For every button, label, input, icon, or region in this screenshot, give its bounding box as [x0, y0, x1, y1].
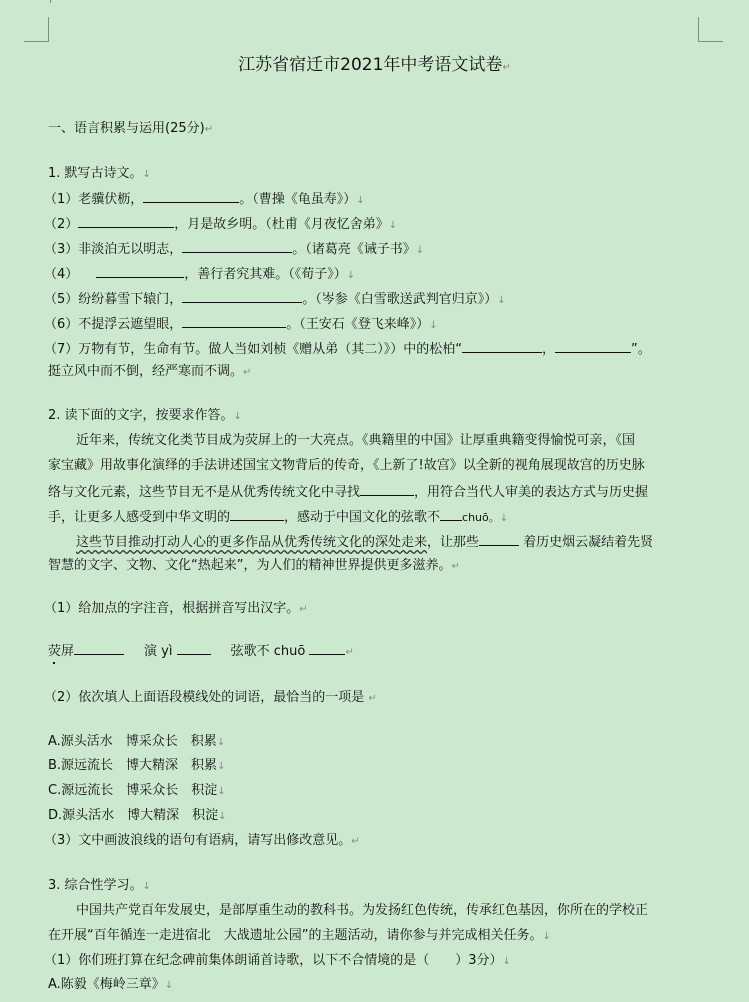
q2-passage-line: 手，让更多人感受到中华文明的，感动于中国文化的弦歌不chuō。↓	[48, 508, 508, 527]
answer-blank[interactable]	[479, 533, 519, 546]
line-break-icon: ↓	[165, 980, 173, 991]
q2-passage-line: 络与文化元素，这些节目无不是从优秀传统文化中寻找，用符合当代人审美的表达方式与历…	[48, 483, 648, 501]
q3-heading: 3. 综合性学习。↓	[48, 878, 151, 895]
q1-item-3: （3）非淡泊无以明志，。（诸葛亮《诫子书》↓	[44, 240, 424, 259]
answer-blank[interactable]	[143, 190, 239, 203]
answer-blank[interactable]	[440, 508, 462, 521]
q2-passage-line: 近年来，传统文化类节目成为荧屏上的一大亮点。《典籍里的中国》让厚重典籍变得愉悦可…	[48, 433, 635, 449]
answer-blank[interactable]	[78, 215, 174, 228]
paragraph-mark-icon: ↵	[345, 647, 353, 658]
option-b[interactable]: B.源远流长 博大精深 积累↓	[48, 758, 225, 775]
paragraph-mark-icon: ↵	[299, 604, 307, 615]
answer-blank[interactable]	[74, 642, 124, 655]
q2-sub2: （2）依次填人上面语段模线处的词语，最恰当的一项是 ↵	[44, 690, 377, 707]
line-break-icon: ↓	[347, 270, 355, 281]
section-heading: 一、语言积累与运用(25分)↵	[48, 121, 213, 138]
q2-passage-line: 家宝藏》用故事化演绎的手法讲述国宝文物背后的传奇，《上新了!故宫》以全新的视角展…	[48, 458, 645, 474]
answer-blank[interactable]	[182, 240, 292, 253]
paragraph-mark-icon: ↵	[205, 124, 213, 135]
line-break-icon: ↓	[217, 761, 225, 772]
q3-sub1: （1）你们班打算在纪念碑前集体朗诵首诗歌，以下不合情境的是（ ）3分）↓	[44, 953, 511, 970]
q1-item-5: （5）纷纷暮雪下辕门，。（岑参《白雪歌送武判官归京》）↓	[44, 290, 506, 309]
line-break-icon: ↓	[542, 931, 550, 942]
answer-blank[interactable]	[360, 483, 414, 496]
corner-mark-top-left	[24, 17, 49, 42]
answer-blank[interactable]	[96, 265, 184, 278]
line-break-icon: ↓	[218, 811, 226, 822]
q1-item-7-cont: 挺立风中而不倒，经严寒而不调。↵	[48, 364, 251, 381]
q3-passage-line: 在开展“百年循连一走进宿北 大战遗址公园”的主题活动，请你参与并完成相关任务。↓	[48, 928, 551, 945]
line-break-icon: ↓	[500, 513, 508, 524]
line-break-icon: ↓	[217, 786, 225, 797]
pinyin-row: 荧屏演 yì 弦歌不 chuō ↵	[48, 642, 354, 661]
paragraph-mark-icon: ↵	[451, 561, 459, 572]
paragraph-mark-icon: ↵	[502, 62, 510, 73]
answer-blank[interactable]	[555, 340, 631, 353]
q2-passage-line: 智慧的文字、文物、文化“热起来”，为人们的精神世界提供更多滋养。↵	[48, 558, 460, 575]
line-break-icon: ↓	[497, 295, 505, 306]
q3-passage-line: 中国共产党百年发展史，是部厚重生动的教科书。为发扬红色传统，传承红色基因，你所在…	[48, 903, 648, 919]
q2-heading: 2. 读下面的文字，按要求作答。↓	[48, 408, 242, 425]
q1-heading: 1. 默写古诗文。↓	[48, 166, 151, 183]
line-break-icon: ↓	[356, 195, 364, 206]
answer-blank[interactable]	[309, 642, 345, 655]
answer-blank[interactable]	[462, 340, 542, 353]
answer-blank[interactable]	[177, 642, 211, 655]
line-break-icon: ↓	[503, 956, 511, 967]
paragraph-mark-icon: ↵	[368, 693, 376, 704]
q1-item-1: （1）老骥伏枥，。（曹操《龟虽寿》）↓	[44, 190, 365, 209]
line-break-icon: ↓	[234, 411, 242, 422]
line-break-icon: ↓	[429, 320, 437, 331]
document-title: 江苏省宿迁市2021年中考语文试卷↵	[0, 54, 749, 79]
line-break-icon: ↓	[143, 169, 151, 180]
line-break-icon: ↓	[217, 737, 225, 748]
line-break-icon: ↓	[143, 881, 151, 892]
q1-item-2: （2），月是故乡明。（杜甫《月夜忆舍弟》↓	[44, 215, 397, 234]
option-a[interactable]: A.源头活水 博采众长 积累↓	[48, 734, 225, 751]
line-break-icon: ↓	[416, 245, 424, 256]
q3-option-a[interactable]: A.陈毅《梅岭三章》↓	[48, 977, 173, 994]
q2-sub3: （3）文中画波浪线的语句有语病，请写出修改意见。↵	[44, 833, 360, 850]
q2-sub1: （1）给加点的字注音，根据拼音写出汉字。↵	[44, 601, 308, 618]
paragraph-mark-icon: ↵	[351, 836, 359, 847]
paragraph-mark-icon: ↵	[243, 367, 251, 378]
answer-blank[interactable]	[182, 315, 286, 328]
q1-item-4: （4），善行者究其难。（《荀子》）↓	[44, 265, 355, 284]
ruler-tick	[50, 0, 51, 3]
option-c[interactable]: C.源远流长 博采众长 积淀↓	[48, 783, 226, 800]
answer-blank[interactable]	[230, 508, 284, 521]
answer-blank[interactable]	[182, 290, 302, 303]
line-break-icon: ↓	[389, 220, 397, 231]
wavy-underlined-sentence: 这些节目推动打动人心的更多作品从优秀传统文化的深处走来	[76, 535, 427, 550]
corner-mark-top-right	[698, 17, 723, 42]
option-d[interactable]: D.源头活水 博大精深 积淀↓	[48, 808, 227, 825]
q1-item-7: （7）万物有节，生命有节。做人当如刘桢《赠从弟（其二）》）中的松柏“，”。	[44, 340, 651, 358]
q1-item-6: （6）不提浮云遮望眼，。（王安石《登飞来峰》）↓	[44, 315, 438, 334]
q2-passage-line: 这些节目推动打动人心的更多作品从优秀传统文化的深处走来，让那些 着历史烟云凝结着…	[48, 533, 653, 551]
